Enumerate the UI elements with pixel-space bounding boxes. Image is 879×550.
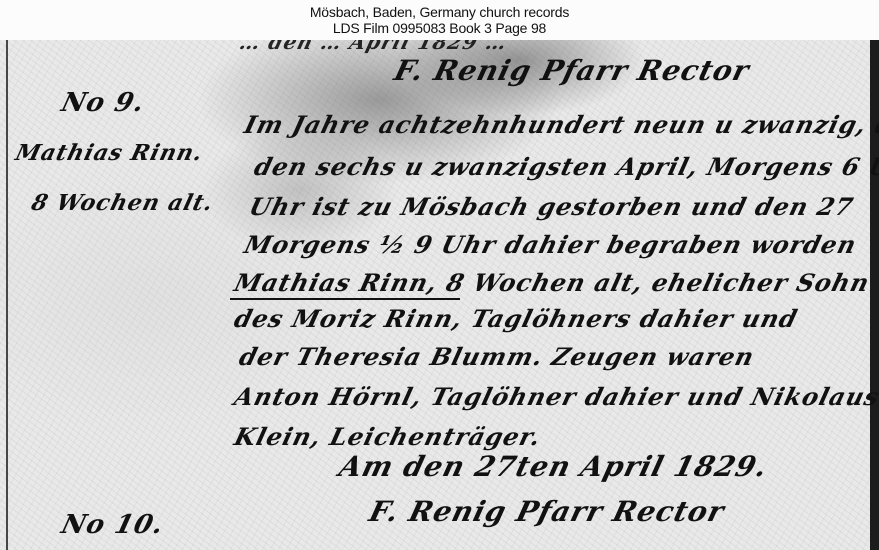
- entry-9-line-3: Uhr ist zu Mösbach gestorben und den 27: [246, 192, 856, 221]
- entry-9-margin-age: 8 Wochen alt.: [29, 190, 217, 216]
- entry-9-line-2: den sechs u zwanzigsten April, Morgens 6…: [251, 152, 879, 181]
- entry-9-line-4: Morgens ½ 9 Uhr dahier begraben worden: [241, 230, 860, 259]
- entry-9-line-6: des Moriz Rinn, Taglöhners dahier und: [231, 304, 801, 333]
- header-title-line-2: LDS Film 0995083 Book 3 Page 98: [0, 20, 879, 36]
- previous-entry-signature: F. Renig Pfarr Rector: [391, 54, 753, 87]
- left-margin-rule: [6, 40, 8, 550]
- entry-9-signature: F. Renig Pfarr Rector: [366, 495, 728, 528]
- previous-entry-fragment: … den … April 1829 …: [237, 40, 510, 54]
- entry-9-line-7: der Theresia Blumm. Zeugen waren: [236, 342, 757, 371]
- name-underline: [230, 298, 460, 300]
- header-title-line-1: Mösbach, Baden, Germany church records: [0, 0, 879, 20]
- entry-9-line-5: Mathias Rinn, 8 Wochen alt, ehelicher So…: [231, 268, 873, 297]
- entry-9-line-8: Anton Hörnl, Taglöhner dahier und Nikola…: [231, 382, 879, 411]
- entry-10-number: No 10.: [58, 510, 167, 540]
- scanned-register-page: … den … April 1829 … F. Renig Pfarr Rect…: [0, 40, 879, 550]
- entry-9-date-line: Am den 27ten April 1829.: [336, 450, 771, 483]
- entry-9-line-9: Klein, Leichenträger.: [231, 422, 544, 451]
- entry-9-line-1: Im Jahre achtzehnhundert neun u zwanzig,…: [241, 110, 879, 139]
- entry-9-number: No 9.: [58, 88, 148, 118]
- page-header: Mösbach, Baden, Germany church records L…: [0, 0, 879, 40]
- entry-9-margin-name: Mathias Rinn.: [13, 140, 206, 166]
